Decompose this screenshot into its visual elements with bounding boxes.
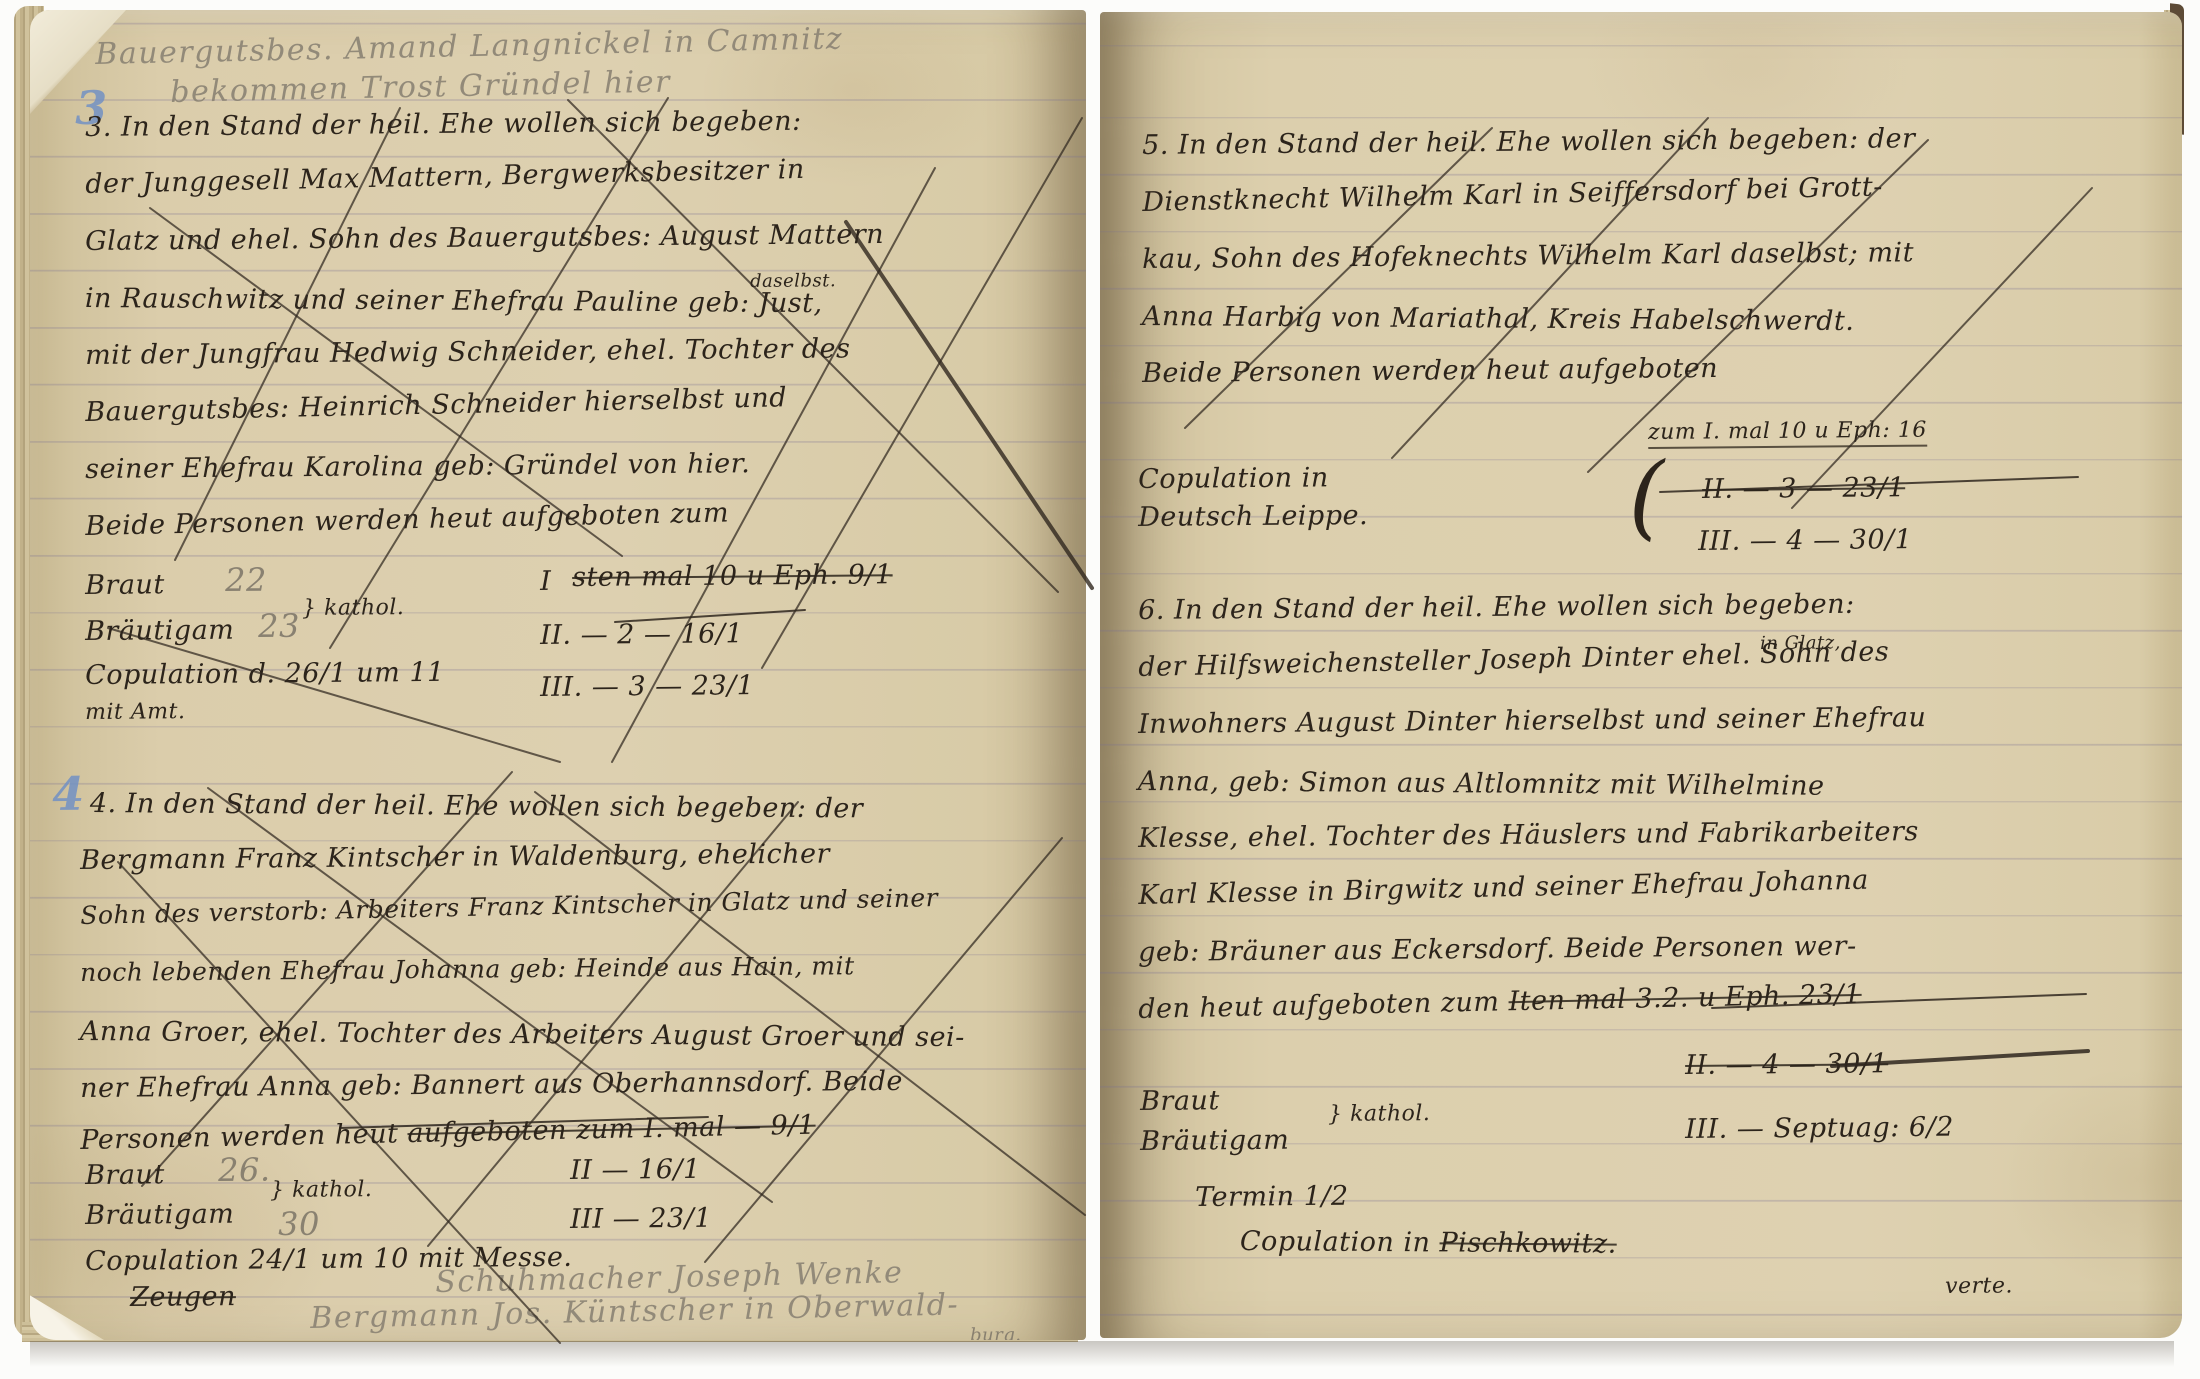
banns-row: III. — Septuag: 6/2 — [1685, 1112, 1954, 1145]
entry-line: in Rauschwitz und seiner Ehefrau Pauline… — [85, 283, 823, 319]
entry-line: 6. In den Stand der heil. Ehe wollen sic… — [1138, 589, 1855, 626]
right-page: 5. In den Stand der heil. Ehe wollen sic… — [1100, 12, 2182, 1338]
entry-line-superscript: in Glatz, — [1760, 633, 1841, 654]
banns-row: III. — 3 — 23/1 — [540, 670, 754, 703]
religion-note: } kathol. — [270, 1177, 372, 1203]
groom-label: Bräutigam — [85, 1199, 234, 1231]
religion-note: } kathol. — [302, 595, 404, 621]
religion-note: } kathol. — [1328, 1101, 1430, 1127]
banns-row: III. — 4 — 30/1 — [1698, 524, 1912, 557]
bride-label: Braut — [85, 1159, 165, 1191]
banns-row: II. — 2 — 16/1 — [540, 618, 743, 651]
banns-row-struck: II. — 3 — 23/1 — [1702, 472, 1905, 505]
bride-age: 22 — [225, 562, 267, 599]
witnesses-label-struck: Zeugen — [130, 1281, 236, 1313]
banns-row-underlined: zum I. mal 10 u Eph: 16 — [1648, 418, 1927, 450]
left-page: Bauergutsbes. Amand Langnickel in Camnit… — [30, 10, 1086, 1340]
entry-line: Beide Personen werden heut aufgeboten — [1142, 353, 1718, 389]
bride-label: Braut — [85, 569, 165, 601]
copulation-place-struck: Pischkowitz. — [1439, 1227, 1616, 1259]
bride-age: 26. — [218, 1152, 271, 1189]
bride-label: Braut — [1140, 1085, 1220, 1117]
copulation-plain: Copulation in — [1240, 1226, 1440, 1258]
copulation-note: Copulation in Pischkowitz. — [1240, 1226, 1617, 1260]
bracket-glyph: ( — [1628, 444, 1665, 550]
copulation-note: Copulation in — [1138, 462, 1329, 495]
copulation-note-2: mit Amt. — [85, 699, 186, 725]
banns-row: II — 16/1 — [570, 1154, 701, 1186]
banns-roman: I — [540, 566, 551, 597]
entry-line: Anna, geb: Simon aus Altlomnitz mit Wilh… — [1138, 766, 1825, 802]
copulation-note-2: Deutsch Leippe. — [1138, 500, 1368, 533]
entry-number-crayon: 4 — [52, 768, 85, 821]
banns-row: III — 23/1 — [570, 1203, 712, 1235]
entry-line: Bergmann Franz Kintscher in Waldenburg, … — [80, 838, 830, 876]
groom-age: 23 — [258, 608, 300, 645]
termin-note: Termin 1/2 — [1195, 1181, 1349, 1213]
register-book: Bauergutsbes. Amand Langnickel in Camnit… — [16, 4, 2178, 1344]
entry-line: 3. In den Stand der heil. Ehe wollen sic… — [85, 106, 802, 143]
banns-row-struck: II. — 4 — 30/1 — [1685, 1048, 1888, 1081]
photo-backdrop: Bauergutsbes. Amand Langnickel in Camnit… — [0, 0, 2200, 1379]
groom-age: 30 — [278, 1206, 320, 1243]
verte-note: verte. — [1945, 1273, 2013, 1299]
groom-label: Bräutigam — [85, 615, 234, 647]
pencil-witness: burg. — [970, 1326, 1022, 1340]
copulation-note: Copulation d. 26/1 um 11 — [85, 657, 445, 691]
entry-line: Anna Groer, ehel. Tochter des Arbeiters … — [80, 1016, 965, 1053]
entry-line: seiner Ehefrau Karolina geb: Gründel von… — [85, 448, 750, 485]
entry-line-superscript: daselbst. — [750, 271, 836, 292]
banns-row-struck: sten mal 10 u Eph. 9/1 — [572, 559, 893, 593]
entry-line: Anna Harbig von Mariathal, Kreis Habelsc… — [1142, 301, 1855, 337]
groom-label: Bräutigam — [1140, 1125, 1289, 1157]
entry-line: geb: Bräuner aus Eckersdorf. Beide Perso… — [1138, 931, 1857, 968]
entry-line: 4. In den Stand der heil. Ehe wollen sic… — [90, 788, 864, 824]
